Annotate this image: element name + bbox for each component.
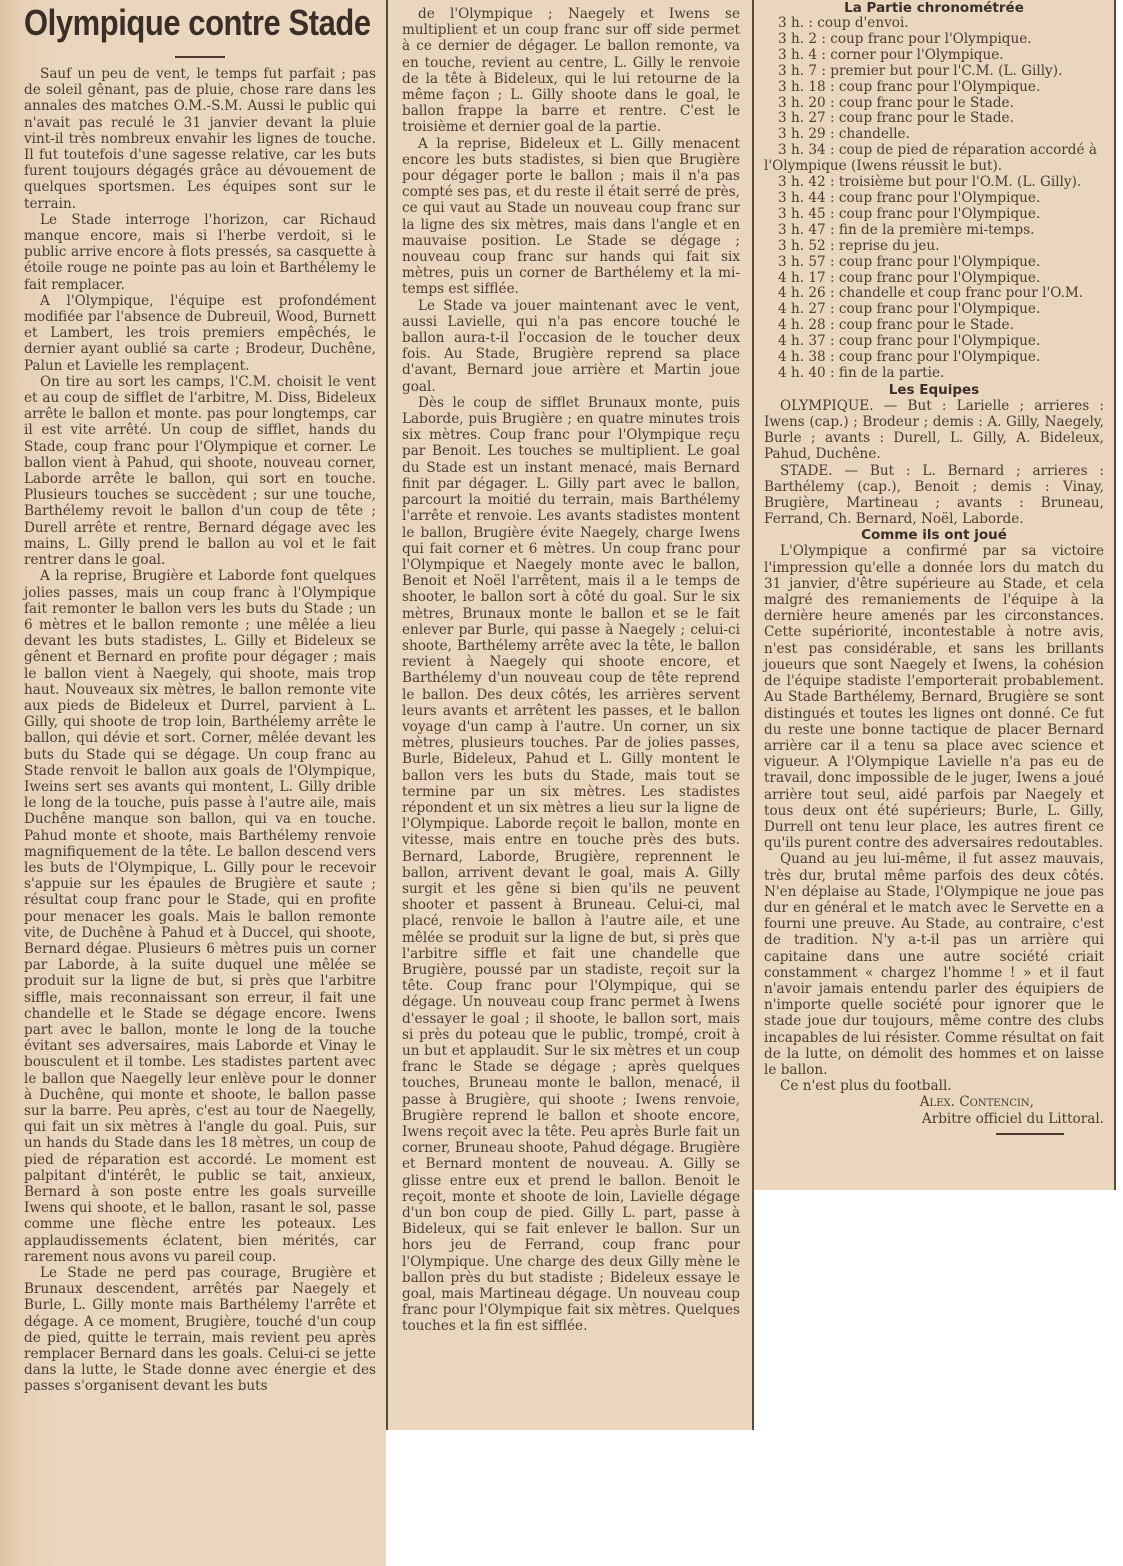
chrono-entry: 4 h. 40 : fin de la partie. <box>764 366 1104 382</box>
signature: Alex. Contencin, Arbitre officiel du Lit… <box>764 1094 1104 1126</box>
middle-column-text: de l'Olympique ; Naegely et Iwens se mul… <box>402 6 740 1335</box>
paragraph: Le Stade interroge l'horizon, car Richau… <box>24 212 376 293</box>
chrono-entry: 4 h. 17 : coup franc pour l'Olympique. <box>764 271 1104 287</box>
column-left: Olympique contre Stade Sauf un peu de ve… <box>0 0 386 1566</box>
paragraph: Dès le coup de sifflet Brunaux monte, pu… <box>402 395 740 1335</box>
paragraph: de l'Olympique ; Naegely et Iwens se mul… <box>402 6 740 136</box>
paragraph: Le Stade va jouer maintenant avec le ven… <box>402 298 740 395</box>
chrono-entry: 3 h. 45 : coup franc pour l'Olympique. <box>764 207 1104 223</box>
signature-role: Arbitre officiel du Littoral. <box>764 1111 1104 1127</box>
chrono-entry: 3 h. 34 : coup de pied de réparation acc… <box>764 143 1104 175</box>
paragraph: Ce n'est plus du football. <box>764 1078 1104 1094</box>
chrono-entry: 4 h. 37 : coup franc pour l'Olympique. <box>764 334 1104 350</box>
team-stade: STADE. — But : L. Bernard ; arrieres : B… <box>764 463 1104 528</box>
chrono-entry: 3 h. 7 : premier but pour l'C.M. (L. Gil… <box>764 64 1104 80</box>
chrono-entry: 3 h. 20 : coup franc pour le Stade. <box>764 96 1104 112</box>
chrono-entry: 3 h. 52 : reprise du jeu. <box>764 239 1104 255</box>
chrono-entry: 3 h. 29 : chandelle. <box>764 127 1104 143</box>
chrono-entry: 3 h. 47 : fin de la première mi-temps. <box>764 223 1104 239</box>
paragraph: A la reprise, Bideleux et L. Gilly menac… <box>402 136 740 298</box>
paragraph: On tire au sort les camps, l'C.M. choisi… <box>24 374 376 568</box>
paragraph: Quand au jeu lui-même, il fut assez mauv… <box>764 851 1104 1078</box>
column-right: La Partie chronométrée 3 h. : coup d'env… <box>754 0 1116 1190</box>
paragraph: L'Olympique a confirmé par sa victoire l… <box>764 543 1104 851</box>
chrono-entry: 4 h. 28 : coup franc pour le Stade. <box>764 318 1104 334</box>
left-column-text: Sauf un peu de vent, le temps fut parfai… <box>24 66 376 1395</box>
column-middle: de l'Olympique ; Naegely et Iwens se mul… <box>386 0 754 1430</box>
article-title: Olympique contre Stade <box>24 2 327 46</box>
paragraph: A la reprise, Brugière et Laborde font q… <box>24 568 376 1265</box>
title-rule <box>175 56 225 58</box>
review-heading: Comme ils ont joué <box>764 527 1104 543</box>
chrono-heading: La Partie chronométrée <box>764 0 1104 16</box>
signature-name: Alex. Contencin, <box>764 1094 1104 1110</box>
chrono-entry: 4 h. 38 : coup franc pour l'Olympique. <box>764 350 1104 366</box>
team-olympique: OLYMPIQUE. — But : Larielle ; arrieres :… <box>764 398 1104 463</box>
paragraph: A l'Olympique, l'équipe est profondément… <box>24 293 376 374</box>
teams-heading: Les Equipes <box>764 382 1104 398</box>
chrono-entry: 3 h. 57 : coup franc pour l'Olympique. <box>764 255 1104 271</box>
chrono-entry: 3 h. 2 : coup franc pour l'Olympique. <box>764 32 1104 48</box>
paragraph: Sauf un peu de vent, le temps fut parfai… <box>24 66 376 212</box>
chrono-entry: 4 h. 27 : coup franc pour l'Olympique. <box>764 302 1104 318</box>
chrono-entry: 3 h. 44 : coup franc pour l'Olympique. <box>764 191 1104 207</box>
end-rule <box>996 1133 1064 1135</box>
review-text: L'Olympique a confirmé par sa victoire l… <box>764 543 1104 1094</box>
chrono-list: 3 h. : coup d'envoi.3 h. 2 : coup franc … <box>764 16 1104 382</box>
chrono-entry: 3 h. 18 : coup franc pour l'Olympique. <box>764 80 1104 96</box>
chrono-entry: 3 h. : coup d'envoi. <box>764 16 1104 32</box>
paragraph: Le Stade ne perd pas courage, Brugière e… <box>24 1265 376 1395</box>
chrono-entry: 3 h. 4 : corner pour l'Olympique. <box>764 48 1104 64</box>
chrono-entry: 3 h. 27 : coup franc pour le Stade. <box>764 111 1104 127</box>
chrono-entry: 4 h. 26 : chandelle et coup franc pour l… <box>764 286 1104 302</box>
chrono-entry: 3 h. 42 : troisième but pour l'O.M. (L. … <box>764 175 1104 191</box>
